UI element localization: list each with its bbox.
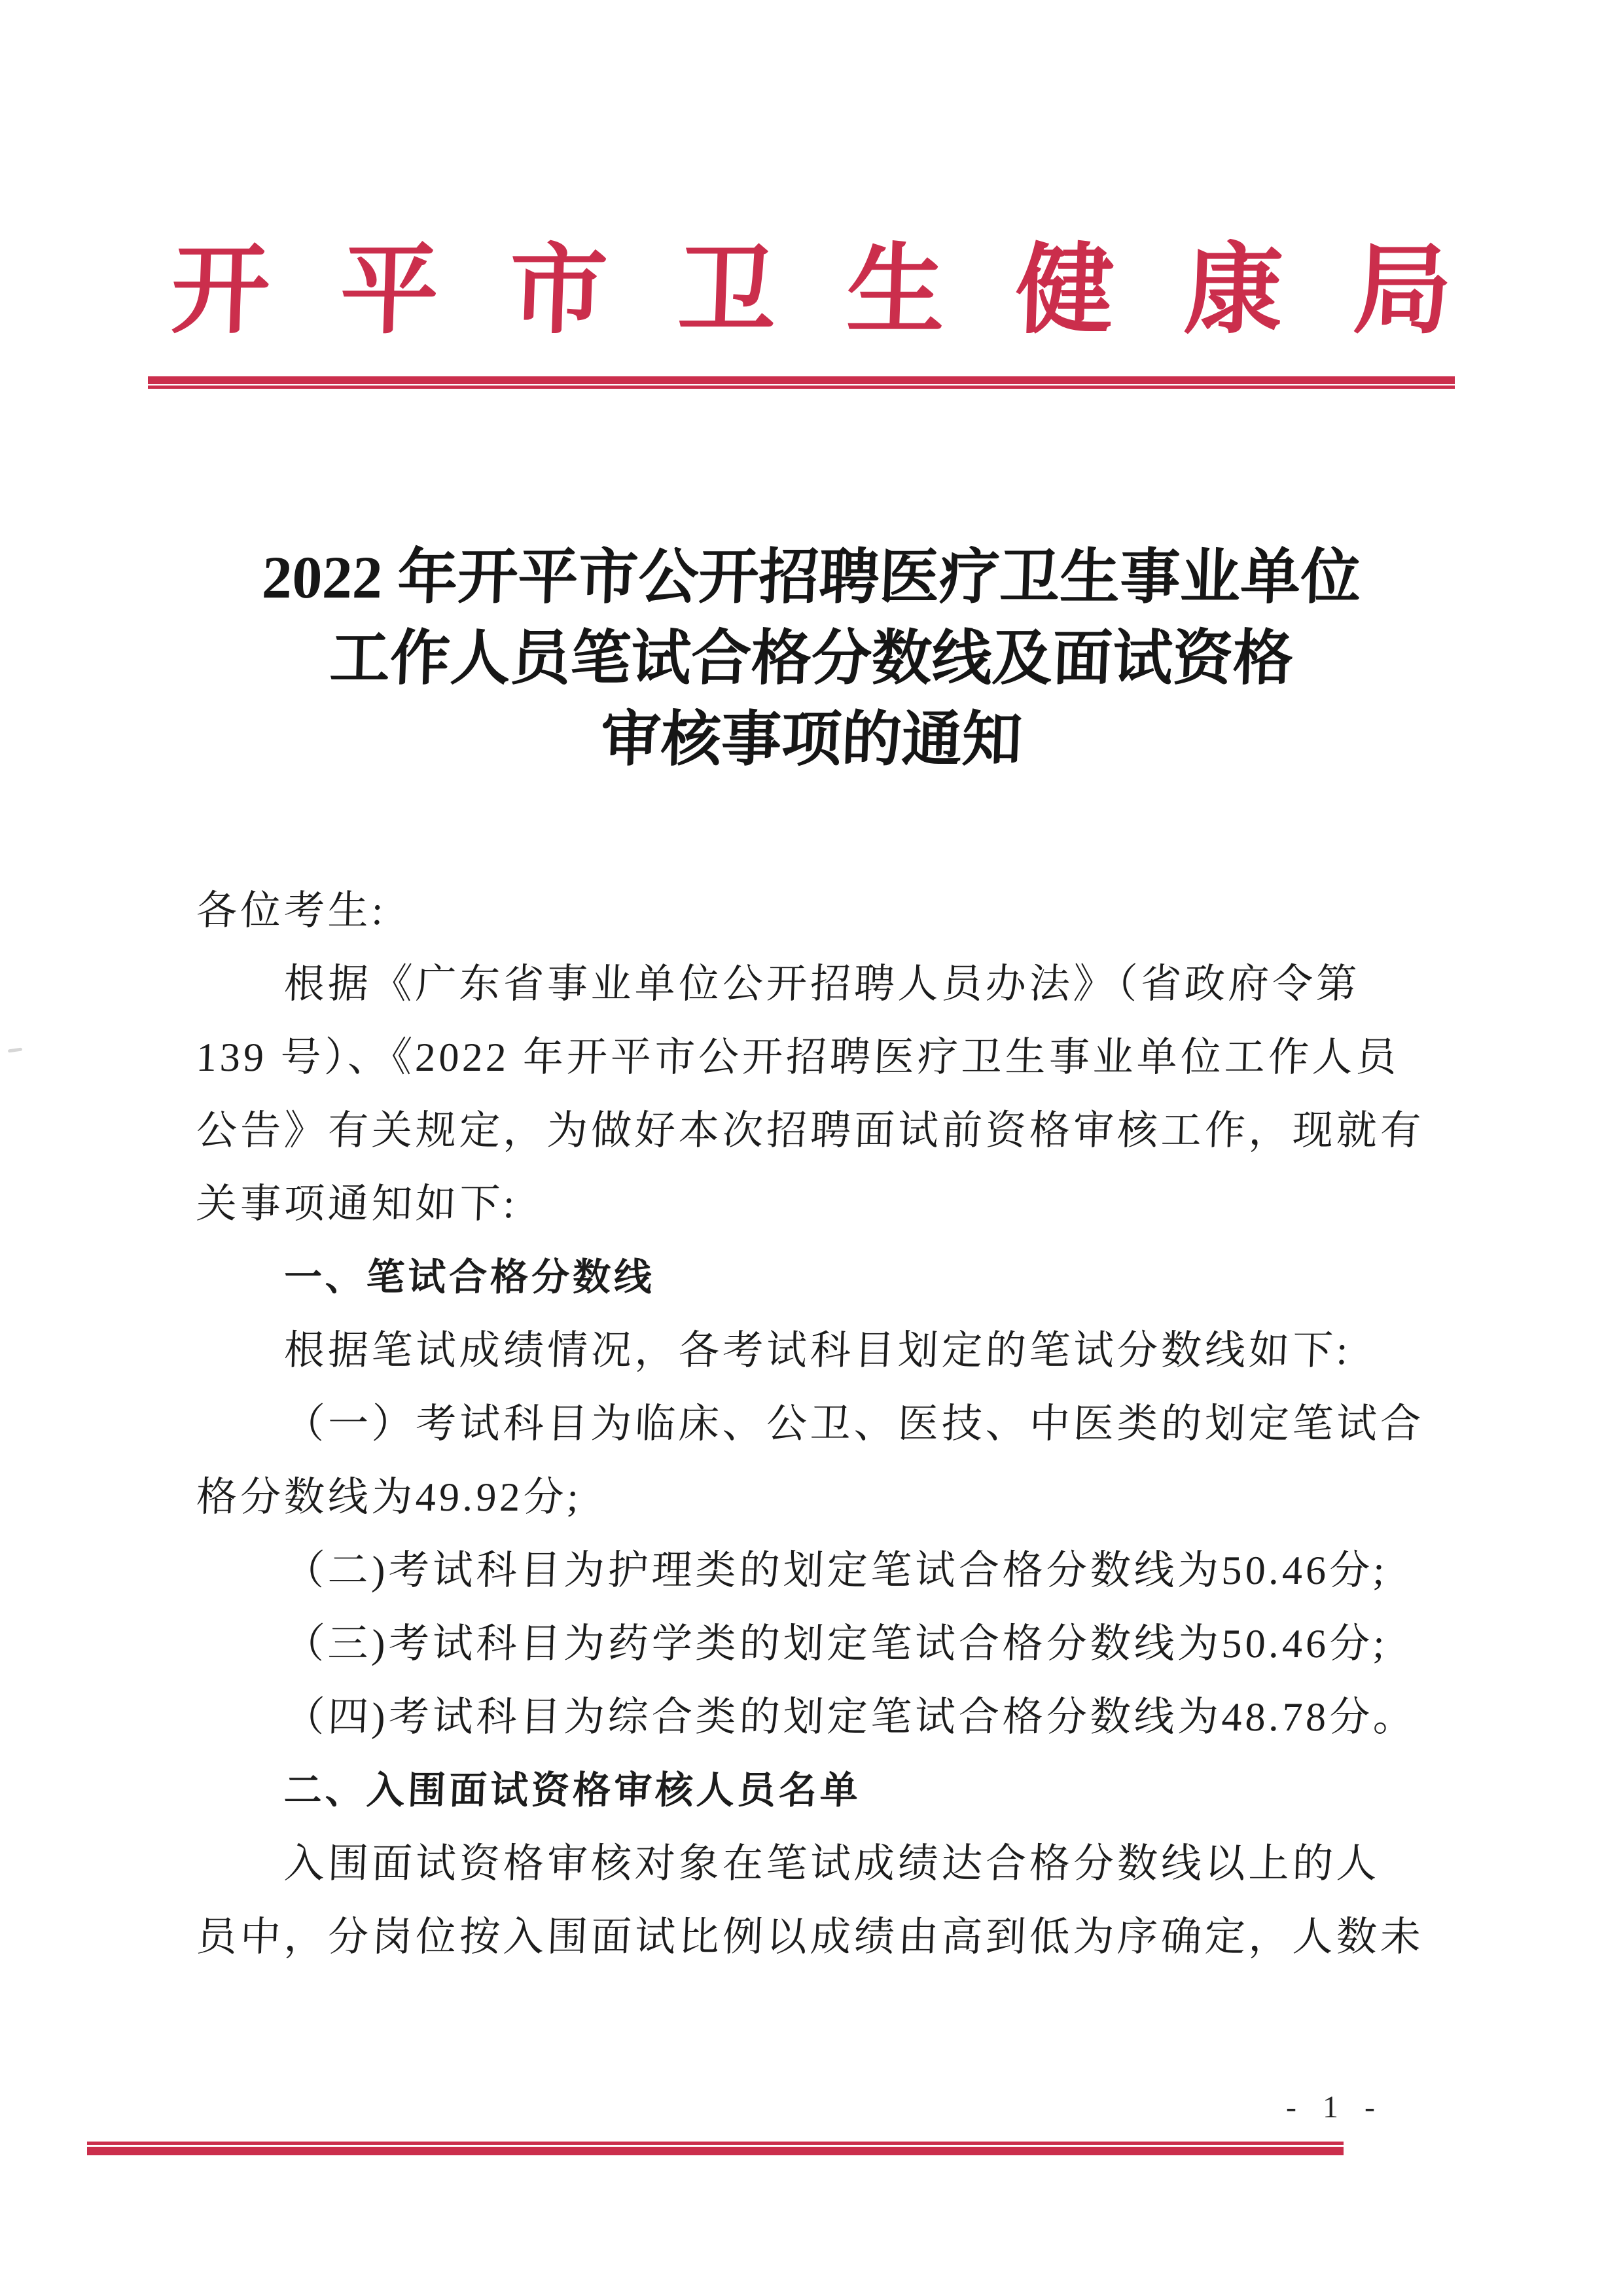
page-number: - 1 -: [1257, 2089, 1414, 2125]
header-rule-thick: [148, 376, 1455, 384]
document-title: 2022 年开平市公开招聘医疗卫生事业单位 工作人员笔试合格分数线及面试资格 审…: [0, 537, 1623, 780]
body-line: 根据笔试成绩情况，各考试科目划定的笔试分数线如下:: [195, 1314, 1428, 1388]
footer-rule-thick: [87, 2147, 1344, 2155]
document-title-line-3: 审核事项的通知: [0, 699, 1623, 780]
section-heading-2: 二、入围面试资格审核人员名单: [195, 1754, 1428, 1827]
body-line: 关事项通知如下:: [195, 1168, 1428, 1241]
document-title-line-1: 2022 年开平市公开招聘医疗卫生事业单位: [0, 537, 1623, 618]
body-line: （二)考试科目为护理类的划定笔试合格分数线为50.46分;: [195, 1534, 1428, 1607]
footer-rule-thin: [87, 2142, 1344, 2145]
document-title-line-2: 工作人员笔试合格分数线及面试资格: [0, 618, 1623, 699]
section-heading-1: 一、笔试合格分数线: [195, 1241, 1428, 1314]
letterhead: 开平市卫生健康局: [0, 236, 1623, 377]
scan-artifact: [8, 1047, 22, 1052]
body-line: 139 号）、《2022 年开平市公开招聘医疗卫生事业单位工作人员: [195, 1021, 1428, 1094]
body-text: 各位考生: 根据《广东省事业单位公开招聘人员办法》（省政府令第 139 号）、《…: [196, 874, 1427, 1974]
body-line: （三)考试科目为药学类的划定笔试合格分数线为50.46分;: [195, 1607, 1428, 1681]
salutation-line: 各位考生:: [195, 874, 1428, 948]
header-rule-thin: [148, 386, 1455, 389]
letterhead-agency-name: 开平市卫生健康局: [169, 236, 1524, 347]
body-line: 公告》有关规定，为做好本次招聘面试前资格审核工作，现就有: [195, 1094, 1428, 1168]
body-line: （一）考试科目为临床、公卫、医技、中医类的划定笔试合: [195, 1388, 1428, 1461]
body-line: 入围面试资格审核对象在笔试成绩达合格分数线以上的人: [195, 1827, 1428, 1901]
body-line: 员中，分岗位按入围面试比例以成绩由高到低为序确定，人数未: [195, 1901, 1428, 1974]
body-line: （四)考试科目为综合类的划定笔试合格分数线为48.78分。: [195, 1681, 1428, 1754]
document-page: 开平市卫生健康局 2022 年开平市公开招聘医疗卫生事业单位 工作人员笔试合格分…: [0, 0, 1623, 2296]
body-line: 格分数线为49.92分;: [195, 1461, 1428, 1534]
body-line: 根据《广东省事业单位公开招聘人员办法》（省政府令第: [195, 948, 1428, 1021]
